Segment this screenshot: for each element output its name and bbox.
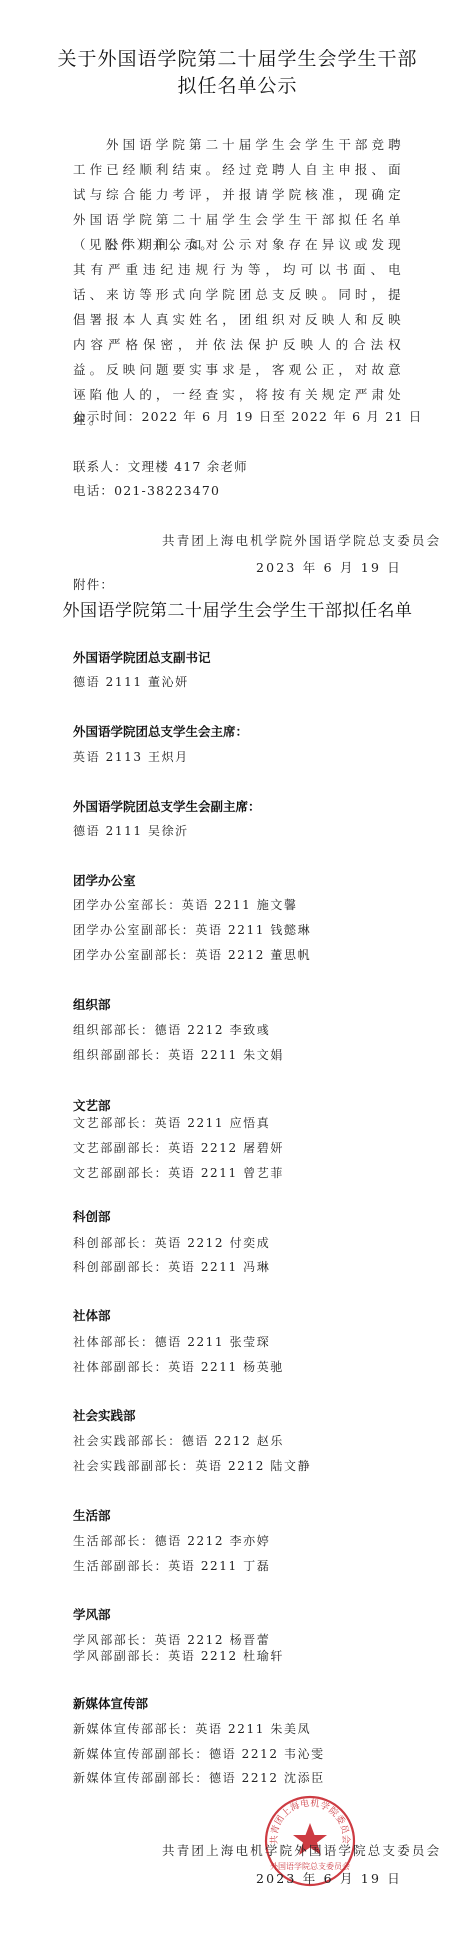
section-heading: 学风部 bbox=[73, 1606, 111, 1624]
roster-line: 生活部副部长：英语 2211 丁磊 bbox=[73, 1557, 270, 1575]
roster-line: 英语 2113 王炽月 bbox=[73, 748, 189, 766]
signature-date: 2023 年 6 月 19 日 bbox=[256, 559, 402, 577]
roster-line: 组织部部长：德语 2212 李致彧 bbox=[73, 1021, 270, 1039]
roster-line: 德语 2111 董沁妍 bbox=[73, 673, 189, 691]
section-heading: 科创部 bbox=[73, 1208, 111, 1226]
attachment-signature-date: 2023 年 6 月 19 日 bbox=[256, 1870, 402, 1888]
section-heading: 生活部 bbox=[73, 1507, 111, 1525]
notice-title-line2: 拟任名单公示 bbox=[0, 74, 475, 98]
roster-line: 新媒体宣传部副部长：德语 2212 韦沁雯 bbox=[73, 1745, 325, 1763]
publicity-period: 公示时间：2022 年 6 月 19 日至 2022 年 6 月 21 日 bbox=[73, 408, 422, 426]
roster-line: 德语 2111 吴徐沂 bbox=[73, 822, 189, 840]
roster-line: 团学办公室部长：英语 2211 施文馨 bbox=[73, 896, 298, 914]
roster-line: 生活部部长：德语 2212 李亦婷 bbox=[73, 1532, 270, 1550]
contact-person: 联系人：文理楼 417 余老师 bbox=[73, 458, 248, 476]
roster-line: 文艺部副部长：英语 2211 曾艺菲 bbox=[73, 1164, 284, 1182]
section-heading: 团学办公室 bbox=[73, 872, 136, 890]
roster-line: 社体部副部长：英语 2211 杨英驰 bbox=[73, 1358, 284, 1376]
roster-line: 社会实践部副部长：英语 2212 陆文静 bbox=[73, 1457, 311, 1475]
roster-line: 社体部部长：德语 2211 张莹琛 bbox=[73, 1333, 270, 1351]
section-heading: 外国语学院团总支学生会主席： bbox=[73, 723, 248, 741]
attachment-label: 附件： bbox=[73, 576, 114, 594]
attachment-signature-org: 共青团上海电机学院外国语学院总支委员会 bbox=[162, 1842, 441, 1860]
section-heading: 外国语学院团总支副书记 bbox=[73, 649, 211, 667]
roster-line: 团学办公室副部长：英语 2212 董思帆 bbox=[73, 946, 311, 964]
signature-org: 共青团上海电机学院外国语学院总支委员会 bbox=[162, 532, 441, 550]
notice-title-line1: 关于外国语学院第二十届学生会学生干部 bbox=[0, 47, 475, 71]
roster-line: 新媒体宣传部副部长：德语 2212 沈添臣 bbox=[73, 1769, 325, 1787]
roster-line: 科创部部长：英语 2212 付奕成 bbox=[73, 1234, 270, 1252]
roster-line: 文艺部部长：英语 2211 应悟真 bbox=[73, 1114, 270, 1132]
roster-line: 学风部副部长：英语 2212 杜瑜轩 bbox=[73, 1647, 284, 1665]
roster-line: 社会实践部部长：德语 2212 赵乐 bbox=[73, 1432, 284, 1450]
roster-line: 文艺部副部长：英语 2212 屠碧妍 bbox=[73, 1139, 284, 1157]
section-heading: 社会实践部 bbox=[73, 1407, 136, 1425]
roster-line: 组织部副部长：英语 2211 朱文娟 bbox=[73, 1046, 284, 1064]
section-heading: 文艺部 bbox=[73, 1097, 111, 1115]
roster-line: 新媒体宣传部部长：英语 2211 朱美凤 bbox=[73, 1720, 311, 1738]
section-heading: 社体部 bbox=[73, 1307, 111, 1325]
section-heading: 新媒体宣传部 bbox=[73, 1695, 148, 1713]
roster-line: 科创部副部长：英语 2211 冯琳 bbox=[73, 1258, 270, 1276]
section-heading: 组织部 bbox=[73, 996, 111, 1014]
attachment-title: 外国语学院第二十届学生会学生干部拟任名单 bbox=[0, 600, 475, 622]
notice-paragraph-2: 公示期间，如对公示对象存在异议或发现其有严重违纪违规行为等，均可以书面、电话、来… bbox=[73, 232, 404, 432]
section-heading: 外国语学院团总支学生会副主席： bbox=[73, 798, 261, 816]
contact-phone: 电话：021-38223470 bbox=[73, 482, 220, 500]
roster-line: 团学办公室副部长：英语 2211 钱懿琳 bbox=[73, 921, 311, 939]
